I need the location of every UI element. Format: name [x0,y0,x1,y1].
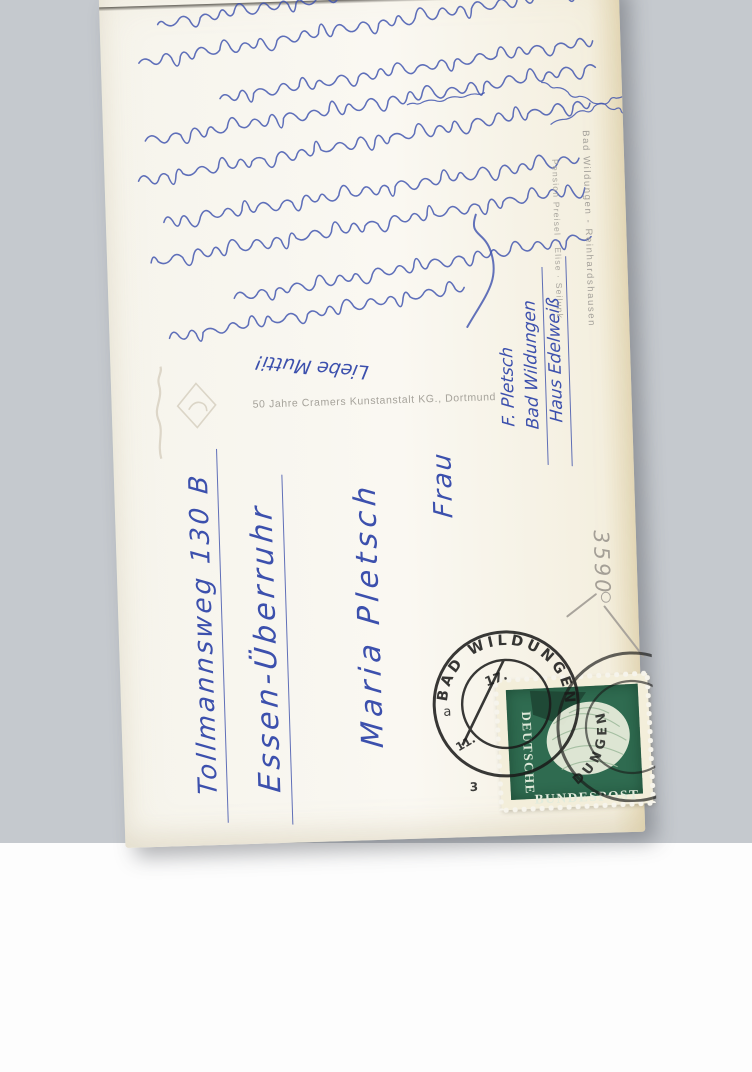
postmark: BAD WILDUNGEN DUNGEN 17. a 11. 3 [418,609,656,808]
message-scribble-line [137,0,587,72]
postmark-date: 17. [483,668,510,690]
address-line-street: Tollmannsweg 130 B [183,446,229,823]
postmark-outer-circle [432,630,580,778]
address-line-frau: Frau [426,428,460,541]
message-scribble-line [150,179,587,272]
postmark-inner-circle [461,659,552,750]
message-scribble-line [219,33,594,107]
pen-flourish [464,214,496,327]
logo-signature-squiggle [155,367,163,459]
address-line-city: Essen-Überruhr [243,471,293,824]
postcard-scan: Liebe Mutti! Bad Wildungen - Reinhardsha… [0,0,752,1072]
postmark-bottom-number: 3 [470,780,479,794]
message-scribble-line [144,58,597,149]
postmark-index-letter: a [443,705,451,720]
message-scribble-line [163,149,581,231]
logo-diamond-horse [177,383,216,428]
message-scribble-line [156,0,574,33]
scan-lower-white-strip [0,843,752,1072]
message-scribble-line [168,279,465,346]
pencil-catalog-number: 3590 [588,503,616,624]
message-scribble-line [137,94,591,190]
address-line-name: Maria Pletsch [347,448,392,781]
postcard-back: Liebe Mutti! Bad Wildungen - Reinhardsha… [99,0,646,848]
